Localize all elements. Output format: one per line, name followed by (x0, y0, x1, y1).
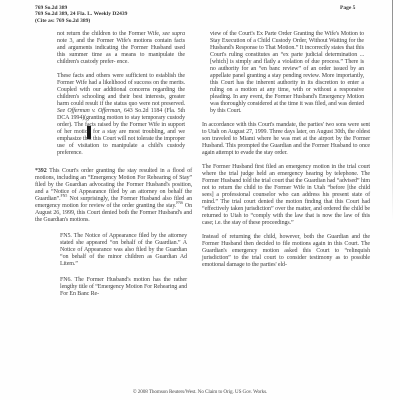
blockquote-paragraph-1: not return the children to the Former Wi… (57, 31, 185, 66)
text-segment: 643 So.2d 1184 (Fla. 5th DCA 1994)(grant… (57, 108, 185, 156)
left-column: not return the children to the Former Wi… (35, 31, 192, 305)
text-segment: not return the children to the Former Wi… (57, 31, 162, 37)
opinion-paragraph-motions: Instead of returning the child, however,… (202, 234, 370, 269)
text-segment: These facts and others were sufficient t… (57, 73, 185, 107)
blockquote-paragraph-2: These facts and others were sufficient t… (57, 73, 185, 157)
scan-edge-line (392, 0, 393, 220)
document-page: 769 So.2d 389 769 So.2d 389, 24 Fla. L. … (0, 0, 400, 400)
right-column: view of the Court's Ex Parte Order Grant… (202, 31, 370, 276)
star-page-number: *392 (35, 168, 47, 174)
footnote-fn5: FN5. The Notice of Appearance filed by t… (60, 233, 187, 268)
page-number: Page 5 (340, 5, 355, 11)
citation-line-2: 769 So.2d 389, 24 Fla. L. Weekly D2439 (35, 11, 127, 17)
citation-header: 769 So.2d 389 769 So.2d 389, 24 Fla. L. … (35, 5, 127, 24)
text-segment: The Notice of Appearance filed by the at… (60, 233, 187, 267)
text-segment: The Former Husband's motion has the rath… (60, 277, 187, 297)
footnote-fn6-continuation: view of the Court's Ex Parte Order Grant… (210, 31, 364, 115)
opinion-paragraph-mandate: In accordance with this Court's mandate,… (202, 122, 370, 157)
footnote-ref-fn6: FN6 (176, 201, 183, 205)
footnote-fn6: FN6. The Former Husband's motion has the… (60, 277, 187, 298)
citation-line-3: (Cite as: 769 So.2d 389) (35, 18, 127, 24)
footnote-label: FN5. (60, 233, 72, 239)
opinion-paragraph-trial-court: The Former Husband first filed an emerge… (202, 164, 370, 227)
footnote-label: FN6. (60, 277, 72, 283)
italic-citation: see supra (162, 31, 185, 37)
ink-blot-artifact (87, 126, 91, 139)
text-segment: note 3, and the Former Wife's motions co… (57, 38, 185, 65)
copyright-footer: © 2008 Thomson Reuters/West. No Claim to… (0, 389, 400, 395)
italic-case-citation: See Offerman v. Offerman, (57, 108, 122, 114)
opinion-paragraph-392: *392 This Court's order granting the sta… (35, 168, 192, 224)
